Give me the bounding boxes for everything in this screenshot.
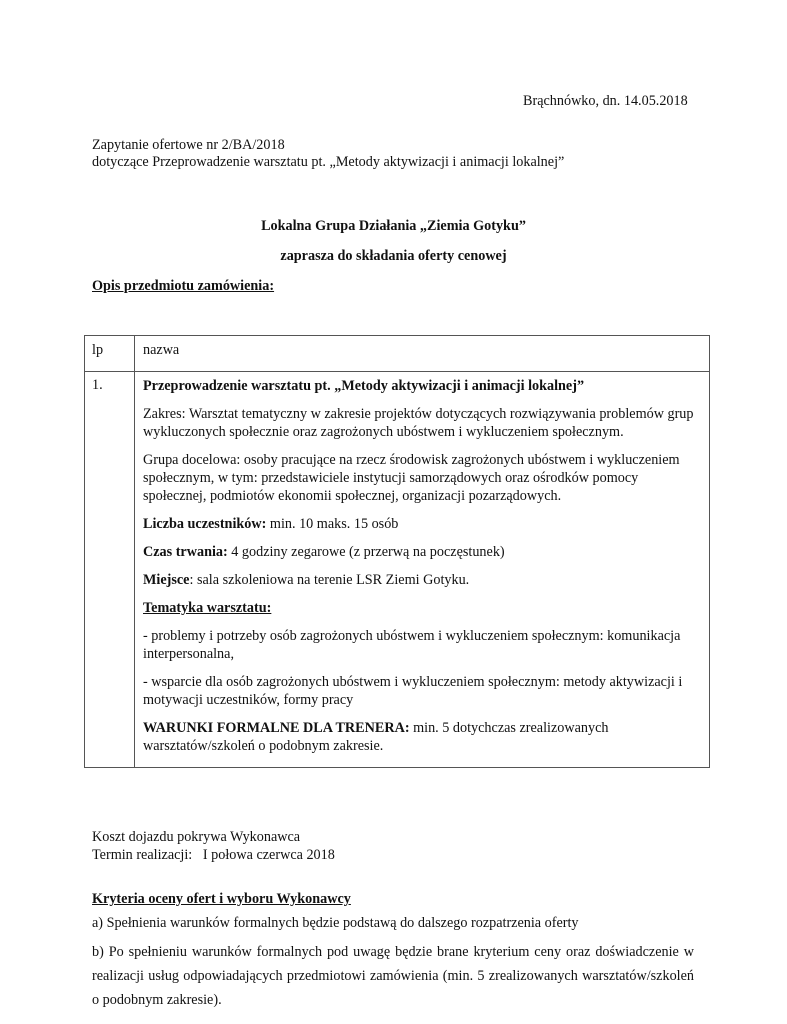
order-description-table: lp nazwa 1. Przeprowadzenie warsztatu pt… [84, 335, 710, 768]
topic-item: - wsparcie dla osób zagrożonych ubóstwem… [143, 673, 701, 709]
inquiry-subject: dotyczące Przeprowadzenie warsztatu pt. … [92, 154, 564, 171]
section-heading-opis: Opis przedmiotu zamówienia: [92, 278, 274, 295]
trainer-requirements: WARUNKI FORMALNE DLA TRENERA: min. 5 dot… [143, 719, 701, 755]
duration-value: 4 godziny zegarowe (z przerwą na poczęst… [228, 544, 505, 560]
organization-title: Lokalna Grupa Działania „Ziemia Gotyku” [0, 218, 787, 235]
workshop-title: Przeprowadzenie warsztatu pt. „Metody ak… [143, 377, 701, 395]
location-value: : sala szkoleniowa na terenie LSR Ziemi … [189, 572, 469, 588]
row-content: Przeprowadzenie warsztatu pt. „Metody ak… [135, 372, 710, 768]
workshop-scope: Zakres: Warsztat tematyczny w zakresie p… [143, 405, 701, 441]
invitation-title: zaprasza do składania oferty cenowej [0, 248, 787, 265]
row-lp: 1. [85, 372, 135, 768]
inquiry-number: Zapytanie ofertowe nr 2/BA/2018 [92, 137, 285, 154]
location-label: Miejsce [143, 572, 189, 588]
criterion-a: a) Spełnienia warunków formalnych będzie… [92, 915, 579, 932]
table-header-row: lp nazwa [85, 336, 710, 372]
target-group: Grupa docelowa: osoby pracujące na rzecz… [143, 451, 701, 505]
duration-label: Czas trwania: [143, 544, 228, 560]
header-lp: lp [85, 336, 135, 372]
participants-label: Liczba uczestników: [143, 516, 266, 532]
travel-cost-note: Koszt dojazdu pokrywa Wykonawca [92, 829, 300, 846]
realization-term: Termin realizacji: I połowa czerwca 2018 [92, 847, 335, 864]
table-row: 1. Przeprowadzenie warsztatu pt. „Metody… [85, 372, 710, 768]
header-name: nazwa [135, 336, 710, 372]
place-date: Brąchnówko, dn. 14.05.2018 [523, 93, 688, 110]
participants-count: Liczba uczestników: min. 10 maks. 15 osó… [143, 515, 701, 533]
participants-value: min. 10 maks. 15 osób [266, 516, 398, 532]
location: Miejsce: sala szkoleniowa na terenie LSR… [143, 571, 701, 589]
duration: Czas trwania: 4 godziny zegarowe (z prze… [143, 543, 701, 561]
criterion-b: b) Po spełnieniu warunków formalnych pod… [92, 940, 694, 1012]
topics-heading: Tematyka warsztatu: [143, 599, 701, 617]
criteria-heading: Kryteria oceny ofert i wyboru Wykonawcy [92, 891, 351, 908]
topic-item: - problemy i potrzeby osób zagrożonych u… [143, 627, 701, 663]
requirements-label: WARUNKI FORMALNE DLA TRENERA: [143, 720, 410, 736]
